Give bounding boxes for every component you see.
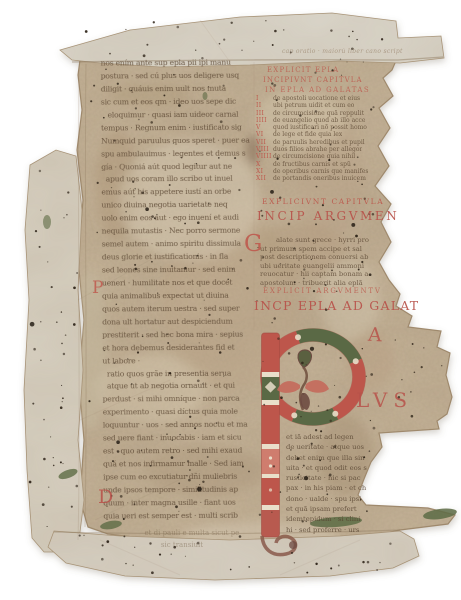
marginal-initial-p: P [92, 278, 103, 298]
manuscript-photo: nos ením ante sup epla pii ipi manupostu… [0, 0, 461, 600]
fragment-group [22, 12, 460, 584]
parchment-fragment-graphic [0, 0, 461, 600]
marginal-initial-d: D [98, 486, 113, 508]
initial-g: G [244, 231, 262, 257]
initial-p-stem [262, 333, 280, 537]
display-letters-lvs: LVS [356, 388, 413, 412]
display-letter-a: A [367, 324, 382, 347]
